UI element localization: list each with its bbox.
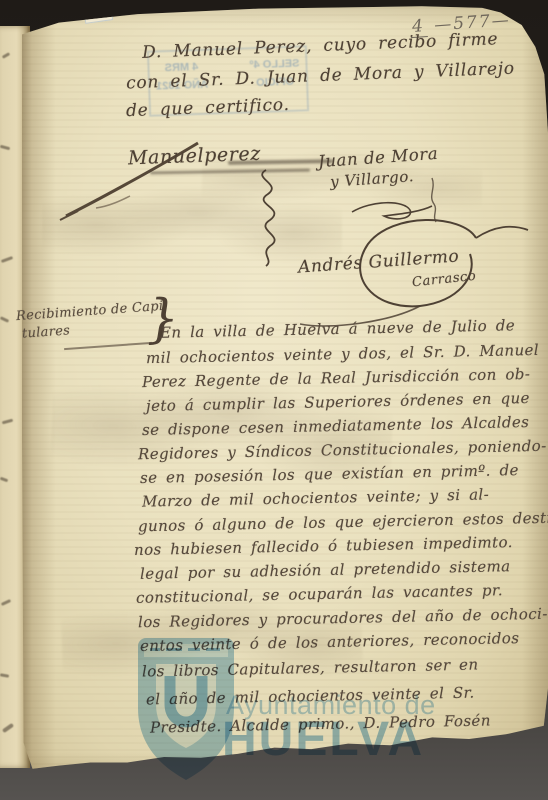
edge-mark (1, 256, 13, 263)
edge-mark (2, 419, 13, 425)
edge-mark (0, 673, 9, 678)
paper-fragment (83, 2, 113, 24)
edge-mark (2, 52, 10, 59)
shield-band-text (150, 648, 160, 651)
shield-band-text (188, 648, 200, 651)
watermark-line2: HUELVA (222, 712, 424, 767)
shield-band-text (206, 648, 220, 651)
shield-band-text (166, 648, 182, 651)
edge-mark (0, 316, 9, 323)
edge-mark (0, 145, 10, 150)
edge-mark (1, 599, 11, 606)
edge-mark (0, 477, 8, 483)
scanned-manuscript-page: SELLO 4º OFICIO 4 MRS AÑO 1821 4 —577— D… (0, 0, 548, 800)
edge-mark (2, 723, 14, 733)
signature-manuel-perez: Manuelperez (128, 143, 262, 170)
